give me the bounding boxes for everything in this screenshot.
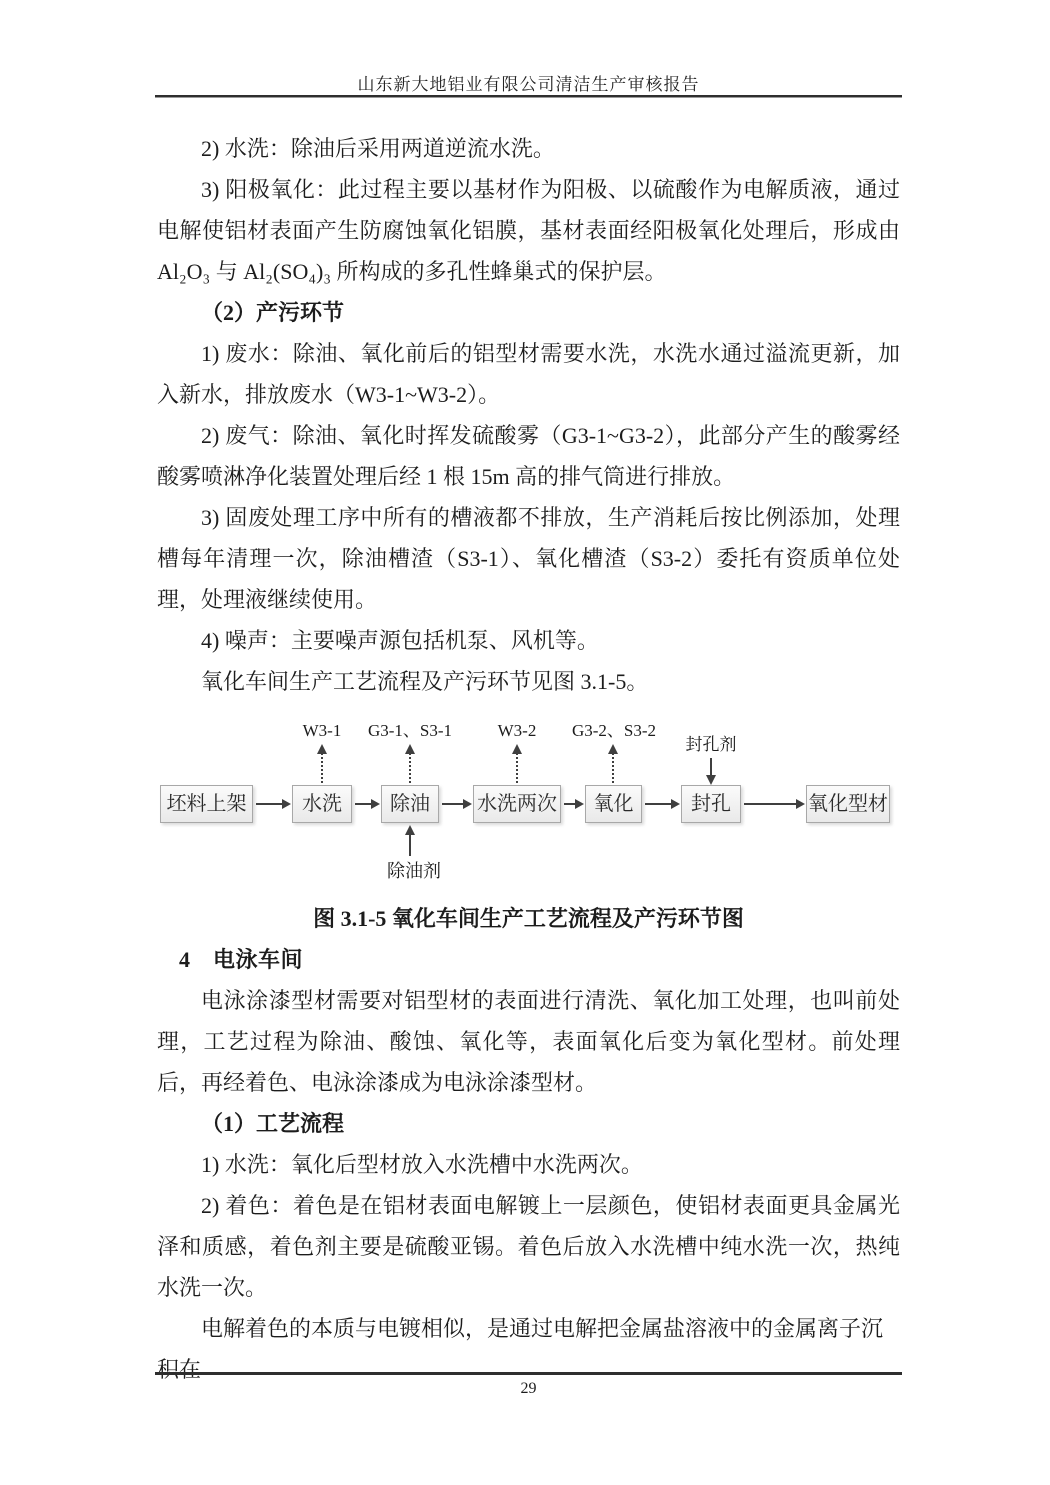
dashed-arrow-up-icon xyxy=(612,753,614,783)
heading-pollution-links: （2）产污环节 xyxy=(157,292,900,333)
paragraph-noise: 4) 噪声：主要噪声源包括机泵、风机等。 xyxy=(157,620,900,661)
flow-box-oxidized-profile: 氧化型材 xyxy=(806,785,890,823)
flow-label-g3-1-s3-1: G3-1、S3-1 xyxy=(368,720,452,742)
figure-caption: 图 3.1-5 氧化车间生产工艺流程及产污环节图 xyxy=(157,898,900,939)
flow-label-degreaser: 除油剂 xyxy=(387,859,441,883)
flow-box-oxidation: 氧化 xyxy=(585,785,642,823)
header-title: 山东新大地铝业有限公司清洁生产审核报告 xyxy=(157,70,900,95)
heading-process-flow: （1）工艺流程 xyxy=(157,1103,900,1144)
paragraph-rinse: 1) 水洗：氧化后型材放入水洗槽中水洗两次。 xyxy=(157,1144,900,1185)
paragraph-waste-gas: 2) 废气：除油、氧化时挥发硫酸雾（G3-1~G3-2），此部分产生的酸雾经酸雾… xyxy=(157,415,900,497)
paragraph-figure-reference: 氧化车间生产工艺流程及产污环节见图 3.1-5。 xyxy=(157,661,900,702)
document-body: 2) 水洗：除油后采用两道逆流水洗。 3) 阳极氧化：此过程主要以基材作为阳极、… xyxy=(157,128,900,1390)
dashed-arrow-up-icon xyxy=(321,753,323,783)
document-page: 山东新大地铝业有限公司清洁生产审核报告 2) 水洗：除油后采用两道逆流水洗。 3… xyxy=(0,0,1050,1485)
right-arrow-icon xyxy=(744,803,797,805)
paragraph-water-wash: 2) 水洗：除油后采用两道逆流水洗。 xyxy=(157,128,900,169)
flow-box-sealing: 封孔 xyxy=(681,785,741,823)
flow-label-g3-2-s3-2: G3-2、S3-2 xyxy=(572,720,656,742)
heading-electrophoresis-workshop: 4 电泳车间 xyxy=(157,939,900,980)
flow-label-sealant: 封孔剂 xyxy=(686,734,737,756)
right-arrow-icon xyxy=(564,803,576,805)
right-arrow-icon xyxy=(442,803,464,805)
page-number: 29 xyxy=(157,1380,900,1398)
flow-box-water-wash: 水洗 xyxy=(292,785,352,823)
paragraph-anodizing: 3) 阳极氧化：此过程主要以基材作为阳极、以硫酸作为电解质液，通过电解使铝材表面… xyxy=(157,169,900,292)
header-rule xyxy=(155,95,902,98)
right-arrow-icon xyxy=(645,803,672,805)
paragraph-wastewater: 1) 废水：除油、氧化前后的铝型材需要水洗，水洗水通过溢流更新，加入新水，排放废… xyxy=(157,333,900,415)
solid-arrow-down-icon xyxy=(710,758,712,776)
paragraph-electrophoresis-intro: 电泳涂漆型材需要对铝型材的表面进行清洗、氧化加工处理，也叫前处理，工艺过程为除油… xyxy=(157,980,900,1103)
paragraph-coloring: 2) 着色：着色是在铝材表面电解镀上一层颜色，使铝材表面更具金属光泽和质感，着色… xyxy=(157,1185,900,1308)
solid-arrow-up-icon xyxy=(409,834,411,856)
dashed-arrow-up-icon xyxy=(516,753,518,783)
process-flow-diagram: W3-1 G3-1、S3-1 W3-2 G3-2、S3-2 封孔剂 坯料上架 水… xyxy=(157,702,900,898)
flow-label-w3-2: W3-2 xyxy=(498,720,537,742)
right-arrow-icon xyxy=(256,803,283,805)
paragraph-electrolytic-coloring: 电解着色的本质与电镀相似，是通过电解把金属盐溶液中的金属离子沉积在 xyxy=(157,1308,900,1390)
paragraph-solid-waste: 3) 固废处理工序中所有的槽液都不排放，生产消耗后按比例添加，处理槽每年清理一次… xyxy=(157,497,900,620)
flow-label-w3-1: W3-1 xyxy=(303,720,342,742)
dashed-arrow-up-icon xyxy=(409,753,411,783)
footer-rule xyxy=(155,1372,902,1375)
flow-box-blank-loading: 坯料上架 xyxy=(160,785,253,823)
right-arrow-icon xyxy=(355,803,372,805)
flow-box-double-wash: 水洗两次 xyxy=(473,785,561,823)
flow-box-degreasing: 除油 xyxy=(381,785,439,823)
